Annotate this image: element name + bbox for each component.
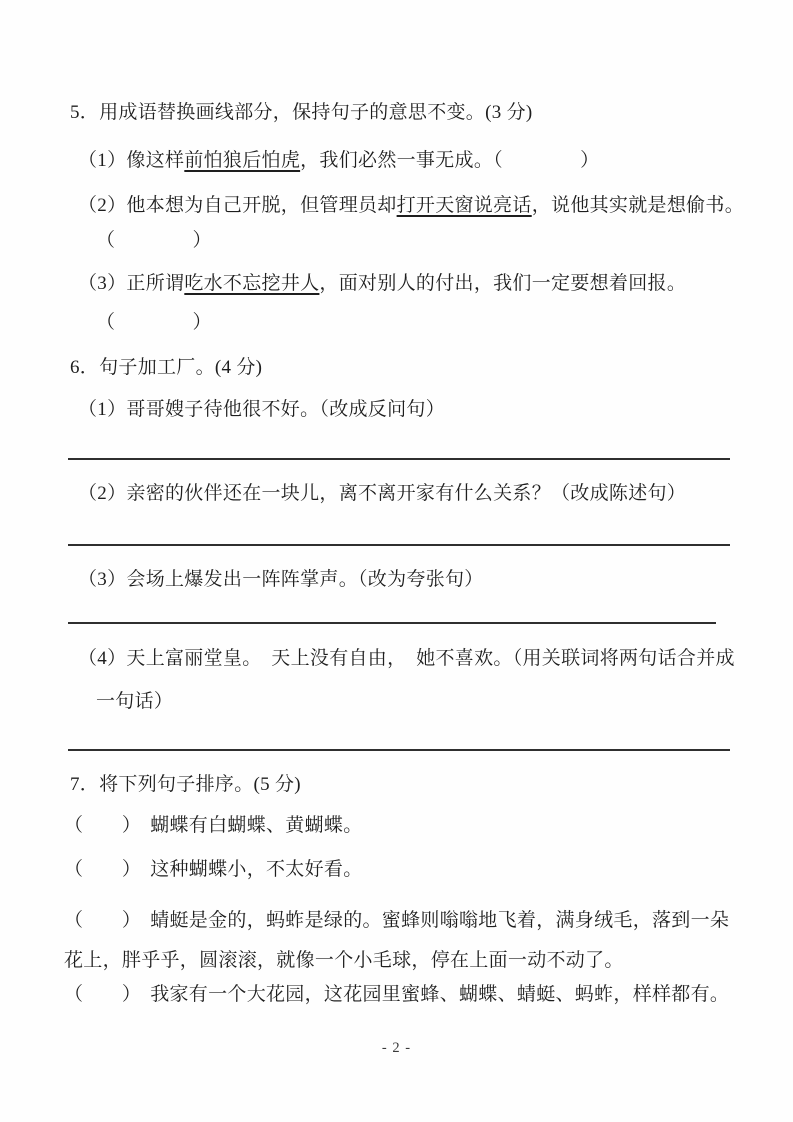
q7-item-2-order-blank: （ ） [64,859,141,880]
q6-item-3: （3）会场上爆发出一阵阵掌声。（改为夸张句） [78,570,484,589]
q5-item-3-answer-blank: （ ） [96,313,212,332]
q5-item-2-underlined-phrase: 打开天窗说亮话 [397,195,532,216]
q6-header: 6．句子加工厂。(4 分) [70,358,262,377]
q7-item-3-order-blank: （ ） [64,910,141,931]
q7-item-4-order-blank: （ ） [64,984,141,1005]
answer-writing-line-1 [68,458,730,460]
q7-header: 7．将下列句子排序。(5 分) [70,775,301,794]
q5-item-1-post: ，我们必然一事无成。（ ） [300,150,599,171]
answer-writing-line-4 [68,749,730,751]
q7-item-2: （ ）这种蝴蝶小，不太好看。 [64,860,363,879]
q6-item-2: （2）亲密的伙伴还在一块儿，离不离开家有什么关系？（改成陈述句） [78,484,686,503]
exam-page: 5．用成语替换画线部分，保持句子的意思不变。(3 分) （1）像这样前怕狼后怕虎… [0,0,793,1122]
q5-item-3-underlined-phrase: 吃水不忘挖井人 [184,273,319,294]
q5-item-1-underlined-phrase: 前怕狼后怕虎 [184,150,300,171]
page-number: - 2 - [0,1041,793,1056]
q5-item-2: （2）他本想为自己开脱，但管理员却打开天窗说亮话，说他其实就是想偷书。 [78,196,744,215]
q7-item-3-text: 蜻蜓是金的，蚂蚱是绿的。蜜蜂则嗡嗡地飞着，满身绒毛，落到一朵花上，胖乎乎，圆滚滚… [64,910,729,971]
q7-item-1: （ ）蝴蝶有白蝴蝶、黄蝴蝶。 [64,816,363,835]
q6-item-1: （1）哥哥嫂子待他很不好。（改成反问句） [78,400,445,419]
q7-item-4: （ ）我家有一个大花园，这花园里蜜蜂、蝴蝶、蜻蜓、蚂蚱，样样都有。 [64,985,729,1004]
q5-item-2-answer-blank: （ ） [96,231,212,250]
q5-item-2-post: ，说他其实就是想偷书。 [532,195,744,216]
q5-item-1-pre: （1）像这样 [78,150,184,171]
q5-item-3: （3）正所谓吃水不忘挖井人，面对别人的付出，我们一定要想着回报。 [78,274,686,293]
q7-item-1-order-blank: （ ） [64,815,141,836]
q5-item-2-pre: （2）他本想为自己开脱，但管理员却 [78,195,397,216]
q7-item-1-text: 蝴蝶有白蝴蝶、黄蝴蝶。 [150,815,362,836]
answer-writing-line-2 [68,544,730,546]
q5-header: 5．用成语替换画线部分，保持句子的意思不变。(3 分) [70,103,533,122]
q6-item-4: （4）天上富丽堂皇。 天上没有自由， 她不喜欢。（用关联词将两句话合并成 [78,649,735,668]
q7-item-2-text: 这种蝴蝶小，不太好看。 [150,859,362,880]
q5-item-3-pre: （3）正所谓 [78,273,184,294]
q5-item-3-post: ，面对别人的付出，我们一定要想着回报。 [319,273,686,294]
q5-item-1: （1）像这样前怕狼后怕虎，我们必然一事无成。（ ） [78,151,599,170]
answer-writing-line-3 [68,622,716,624]
q7-item-4-text: 我家有一个大花园，这花园里蜜蜂、蝴蝶、蜻蜓、蚂蚱，样样都有。 [150,984,729,1005]
q6-item-4-continuation: 一句话） [96,692,173,711]
q7-item-3: （ ）蜻蜓是金的，蚂蚱是绿的。蜜蜂则嗡嗡地飞着，满身绒毛，落到一朵花上，胖乎乎，… [64,901,740,981]
